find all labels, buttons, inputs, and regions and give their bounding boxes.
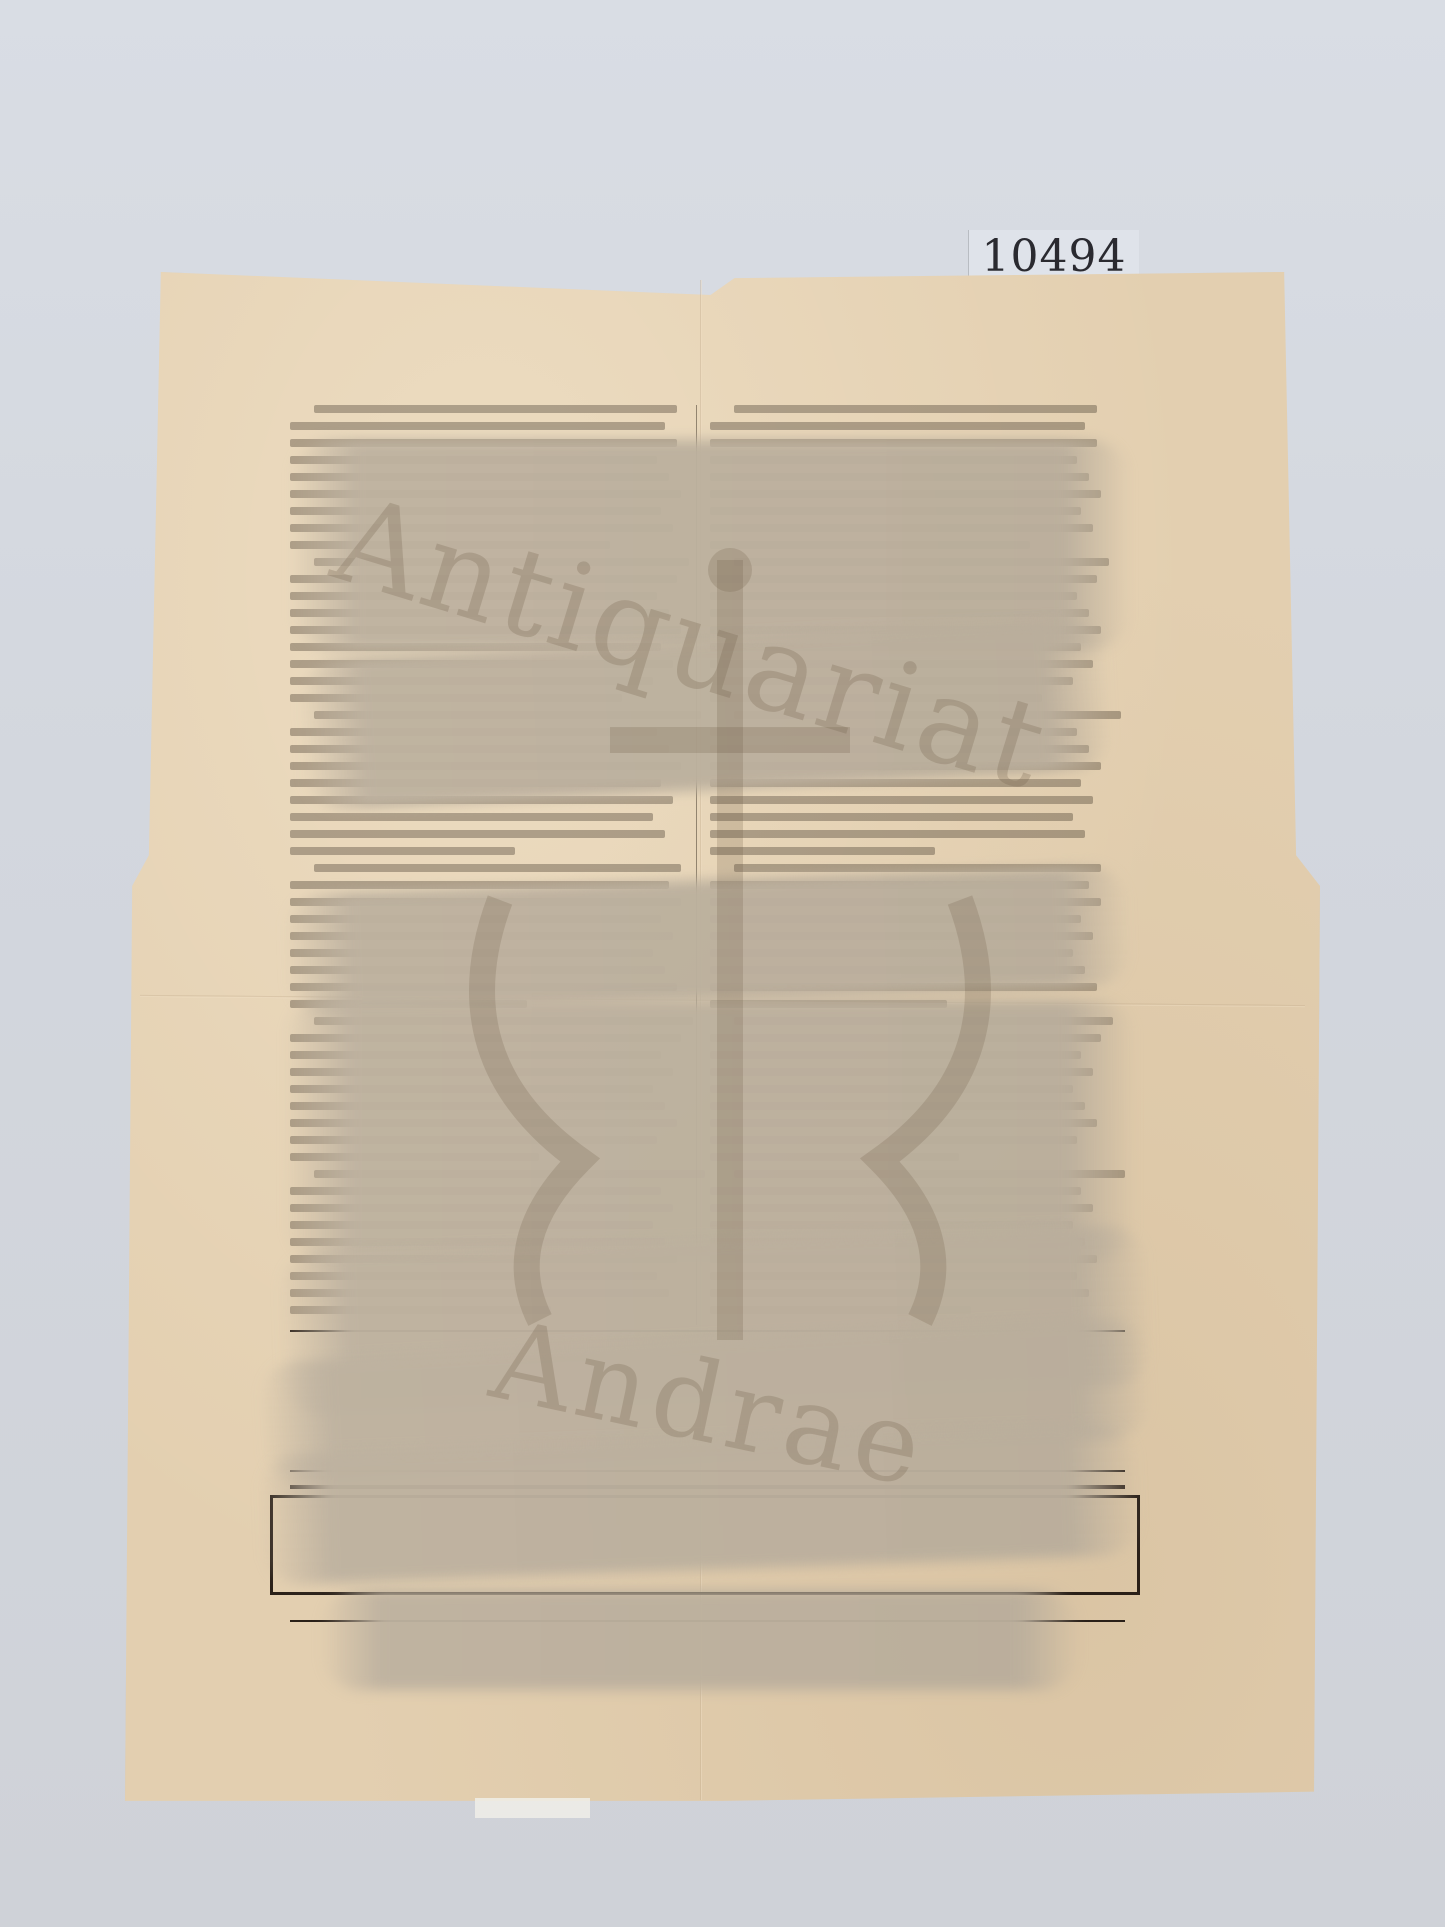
inventory-number: 10494 (982, 231, 1127, 282)
redaction-blur (320, 1590, 1080, 1690)
text-line-placeholder (290, 813, 653, 821)
text-line-placeholder (290, 422, 665, 430)
text-line-placeholder (710, 796, 1093, 804)
text-line-placeholder (314, 864, 681, 872)
text-line-placeholder (314, 405, 677, 413)
text-line-placeholder (710, 422, 1085, 430)
text-line-placeholder (290, 847, 515, 855)
photo-stage: 10494 Antiquariat Andrae (0, 0, 1445, 1927)
text-line-placeholder (710, 847, 935, 855)
redaction-blur (290, 440, 1130, 650)
text-line-placeholder (710, 813, 1073, 821)
redaction-blur (285, 1000, 1135, 1260)
text-line-placeholder (734, 405, 1097, 413)
text-line-placeholder (290, 830, 665, 838)
text-line-placeholder (710, 830, 1085, 838)
tape-strip (475, 1798, 590, 1818)
